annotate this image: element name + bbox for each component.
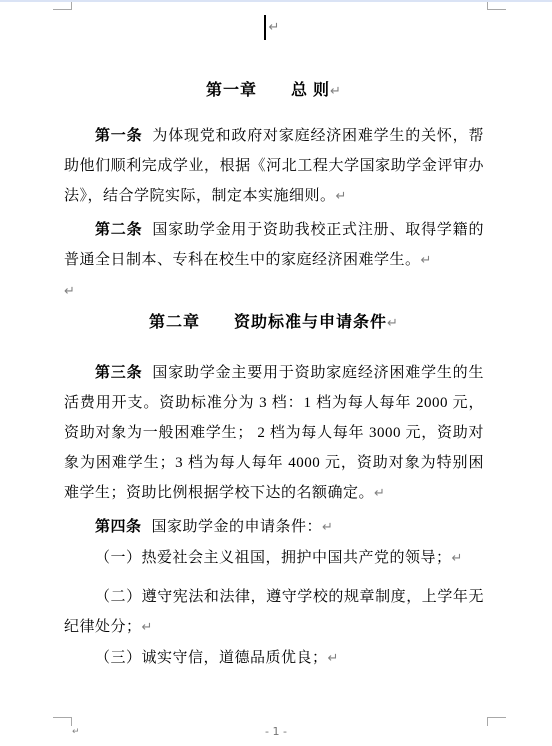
document-page[interactable]: { "glyphs": { "pilcrow": "↵" }, "content… bbox=[0, 0, 552, 746]
empty-centered-paragraph[interactable]: ↵ bbox=[64, 12, 484, 42]
paragraph-mark-icon: ↵ bbox=[374, 486, 385, 501]
article-4-text: 国家助学金的申请条件： bbox=[152, 519, 323, 535]
article-2-label: 第二条 bbox=[95, 222, 142, 238]
empty-paragraph[interactable]: ↵ bbox=[64, 276, 484, 306]
document-text-area[interactable]: ↵ 第一章 总 则↵ 第一条为体现党和政府对家庭经济困难学生的关怀，帮助他们顺利… bbox=[64, 0, 484, 674]
chapter-2-heading[interactable]: 第二章 资助标准与申请条件↵ bbox=[64, 308, 484, 339]
text-cursor bbox=[264, 15, 266, 40]
condition-item-2[interactable]: （二）遵守宪法和法律，遵守学校的规章制度，上学年无纪律处分；↵ bbox=[64, 582, 484, 643]
text-boundary-mark-top-right bbox=[487, 2, 506, 10]
paragraph-mark-icon: ↵ bbox=[336, 189, 347, 204]
chapter-1-title: 第一章 总 则 bbox=[206, 82, 330, 99]
paragraph-mark-icon: ↵ bbox=[452, 551, 463, 566]
paragraph-mark-icon: ↵ bbox=[322, 520, 333, 535]
condition-item-2-text: （二）遵守宪法和法律，遵守学校的规章制度，上学年无纪律处分； bbox=[64, 589, 484, 635]
article-3-paragraph[interactable]: 第三条国家助学金主要用于资助家庭经济困难学生的生活费用开支。资助标准分为 3 档… bbox=[64, 358, 484, 509]
paragraph-mark-icon: ↵ bbox=[64, 284, 75, 299]
article-1-paragraph[interactable]: 第一条为体现党和政府对家庭经济困难学生的关怀，帮助他们顺利完成学业，根据《河北工… bbox=[64, 121, 484, 212]
article-4-label: 第四条 bbox=[95, 519, 142, 535]
page-number: - 1 - bbox=[0, 725, 552, 738]
article-3-text: 国家助学金主要用于资助家庭经济困难学生的生活费用开支。资助标准分为 3 档：1 … bbox=[64, 365, 484, 501]
article-3-label: 第三条 bbox=[95, 365, 142, 381]
article-4-paragraph[interactable]: 第四条国家助学金的申请条件：↵ bbox=[64, 512, 484, 543]
chapter-1-heading[interactable]: 第一章 总 则↵ bbox=[64, 76, 484, 107]
paragraph-mark-icon: ↵ bbox=[328, 651, 339, 666]
paragraph-mark-icon: ↵ bbox=[387, 316, 399, 331]
paragraph-mark-icon: ↵ bbox=[330, 84, 342, 99]
paragraph-mark-icon: ↵ bbox=[142, 620, 153, 635]
condition-item-3[interactable]: （三）诚实守信，道德品质优良；↵ bbox=[64, 643, 484, 674]
condition-item-1[interactable]: （一）热爱社会主义祖国，拥护中国共产党的领导；↵ bbox=[64, 543, 484, 574]
article-1-label: 第一条 bbox=[95, 128, 142, 144]
condition-item-3-text: （三）诚实守信，道德品质优良； bbox=[95, 650, 328, 666]
paragraph-mark-icon: ↵ bbox=[421, 253, 432, 268]
article-2-paragraph[interactable]: 第二条国家助学金用于资助我校正式注册、取得学籍的普通全日制本、专科在校生中的家庭… bbox=[64, 215, 484, 276]
chapter-2-title: 第二章 资助标准与申请条件 bbox=[149, 314, 387, 331]
condition-item-1-text: （一）热爱社会主义祖国，拥护中国共产党的领导； bbox=[95, 550, 452, 566]
paragraph-mark-icon: ↵ bbox=[269, 20, 280, 35]
